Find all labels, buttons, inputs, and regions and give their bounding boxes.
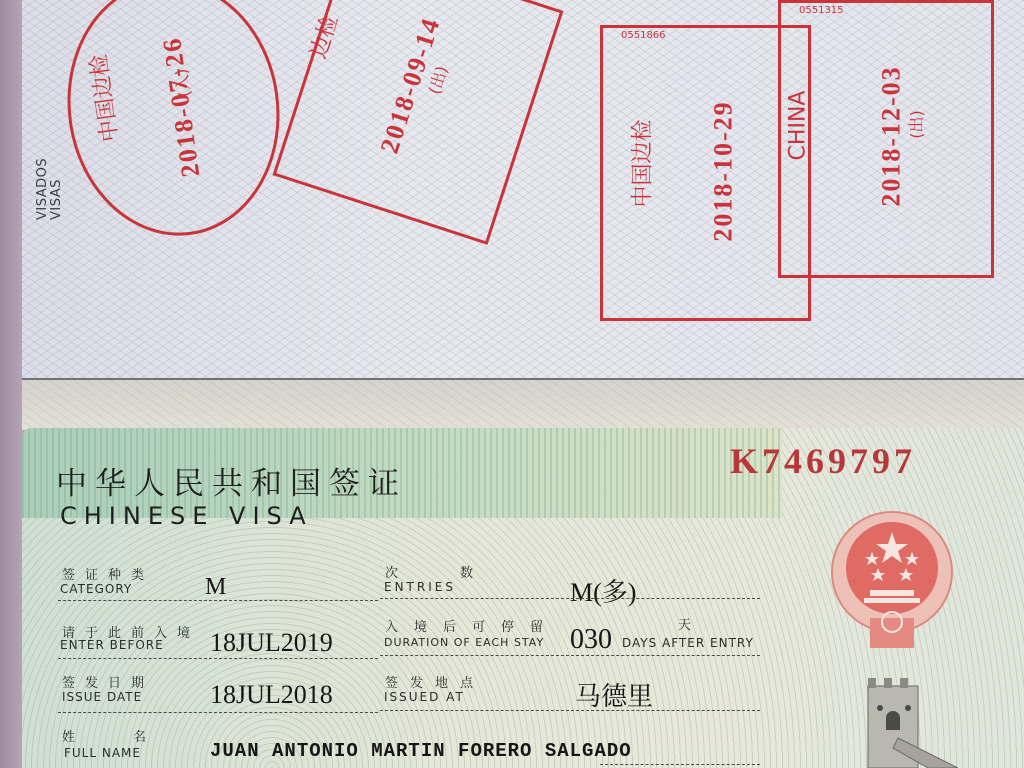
page-label-en: VISAS <box>50 158 64 220</box>
great-wall-illustration <box>848 668 958 768</box>
stamp-date: 2018-07-26 <box>157 35 206 179</box>
stamp-date: 2018-12-03 <box>877 65 907 206</box>
issue-date-label-en: ISSUE DATE <box>62 690 142 704</box>
stamp-serial: 0551866 <box>621 30 666 41</box>
page-label-es: VISADOS <box>36 158 50 220</box>
divider <box>600 764 760 765</box>
stamp-authority-en: CHINA <box>785 91 810 161</box>
issue-date-label-cn: 签发日期 <box>62 672 154 691</box>
stamp-authority-cn: 中国边检 <box>81 52 124 143</box>
entries-label-en: ENTRIES <box>384 580 456 594</box>
stamp-authority-cn: 中国边检 <box>626 119 657 207</box>
issued-at-label-en: ISSUED AT <box>384 690 465 704</box>
duration-unit-cn: 天 <box>678 614 701 633</box>
divider <box>58 658 378 659</box>
stamp-direction: (出) <box>904 110 927 139</box>
full-name-value: JUAN ANTONIO MARTIN FORERO SALGADO <box>210 740 632 762</box>
entries-label-cn: 次数 <box>385 562 535 581</box>
page-fold <box>22 378 1024 430</box>
passport-edge <box>0 0 24 768</box>
issued-at-value: 马德里 <box>575 676 653 713</box>
visa-title-en: CHINESE VISA <box>60 502 313 530</box>
issue-date-value: 18JUL2018 <box>210 680 333 710</box>
duration-label-cn: 入境后可停留 <box>385 616 559 635</box>
duration-unit-en: DAYS AFTER ENTRY <box>622 636 754 650</box>
issued-at-label-cn: 签发地点 <box>385 672 485 691</box>
page-label: VISADOS VISAS <box>36 158 64 220</box>
full-name-label-en: FULL NAME <box>64 746 141 760</box>
category-value: M <box>205 574 226 601</box>
category-label-cn: 签证种类 <box>62 564 154 583</box>
visa-title-cn: 中华人民共和国签证 <box>56 458 407 503</box>
duration-value: 030 <box>570 624 612 656</box>
duration-label-en: DURATION OF EACH STAY <box>384 636 544 649</box>
divider <box>380 655 760 656</box>
divider <box>380 710 760 711</box>
full-name-label-cn: 姓名 <box>62 726 204 745</box>
entries-value: M(多) <box>570 572 636 609</box>
exit-stamp-rect: 0551315 2018-12-03 CHINA (出) <box>778 0 994 278</box>
stamp-serial: 0551315 <box>799 5 844 16</box>
category-label-en: CATEGORY <box>60 582 132 596</box>
visa-number: K7469797 <box>730 440 916 482</box>
divider <box>58 712 378 713</box>
divider <box>58 600 378 601</box>
national-emblem-icon <box>822 510 962 650</box>
enter-before-label-en: ENTER BEFORE <box>60 638 164 652</box>
stamp-direction: (入) <box>168 67 195 98</box>
stamp-date: 2018-10-29 <box>709 100 739 241</box>
divider <box>380 598 760 599</box>
enter-before-value: 18JUL2019 <box>210 628 333 658</box>
